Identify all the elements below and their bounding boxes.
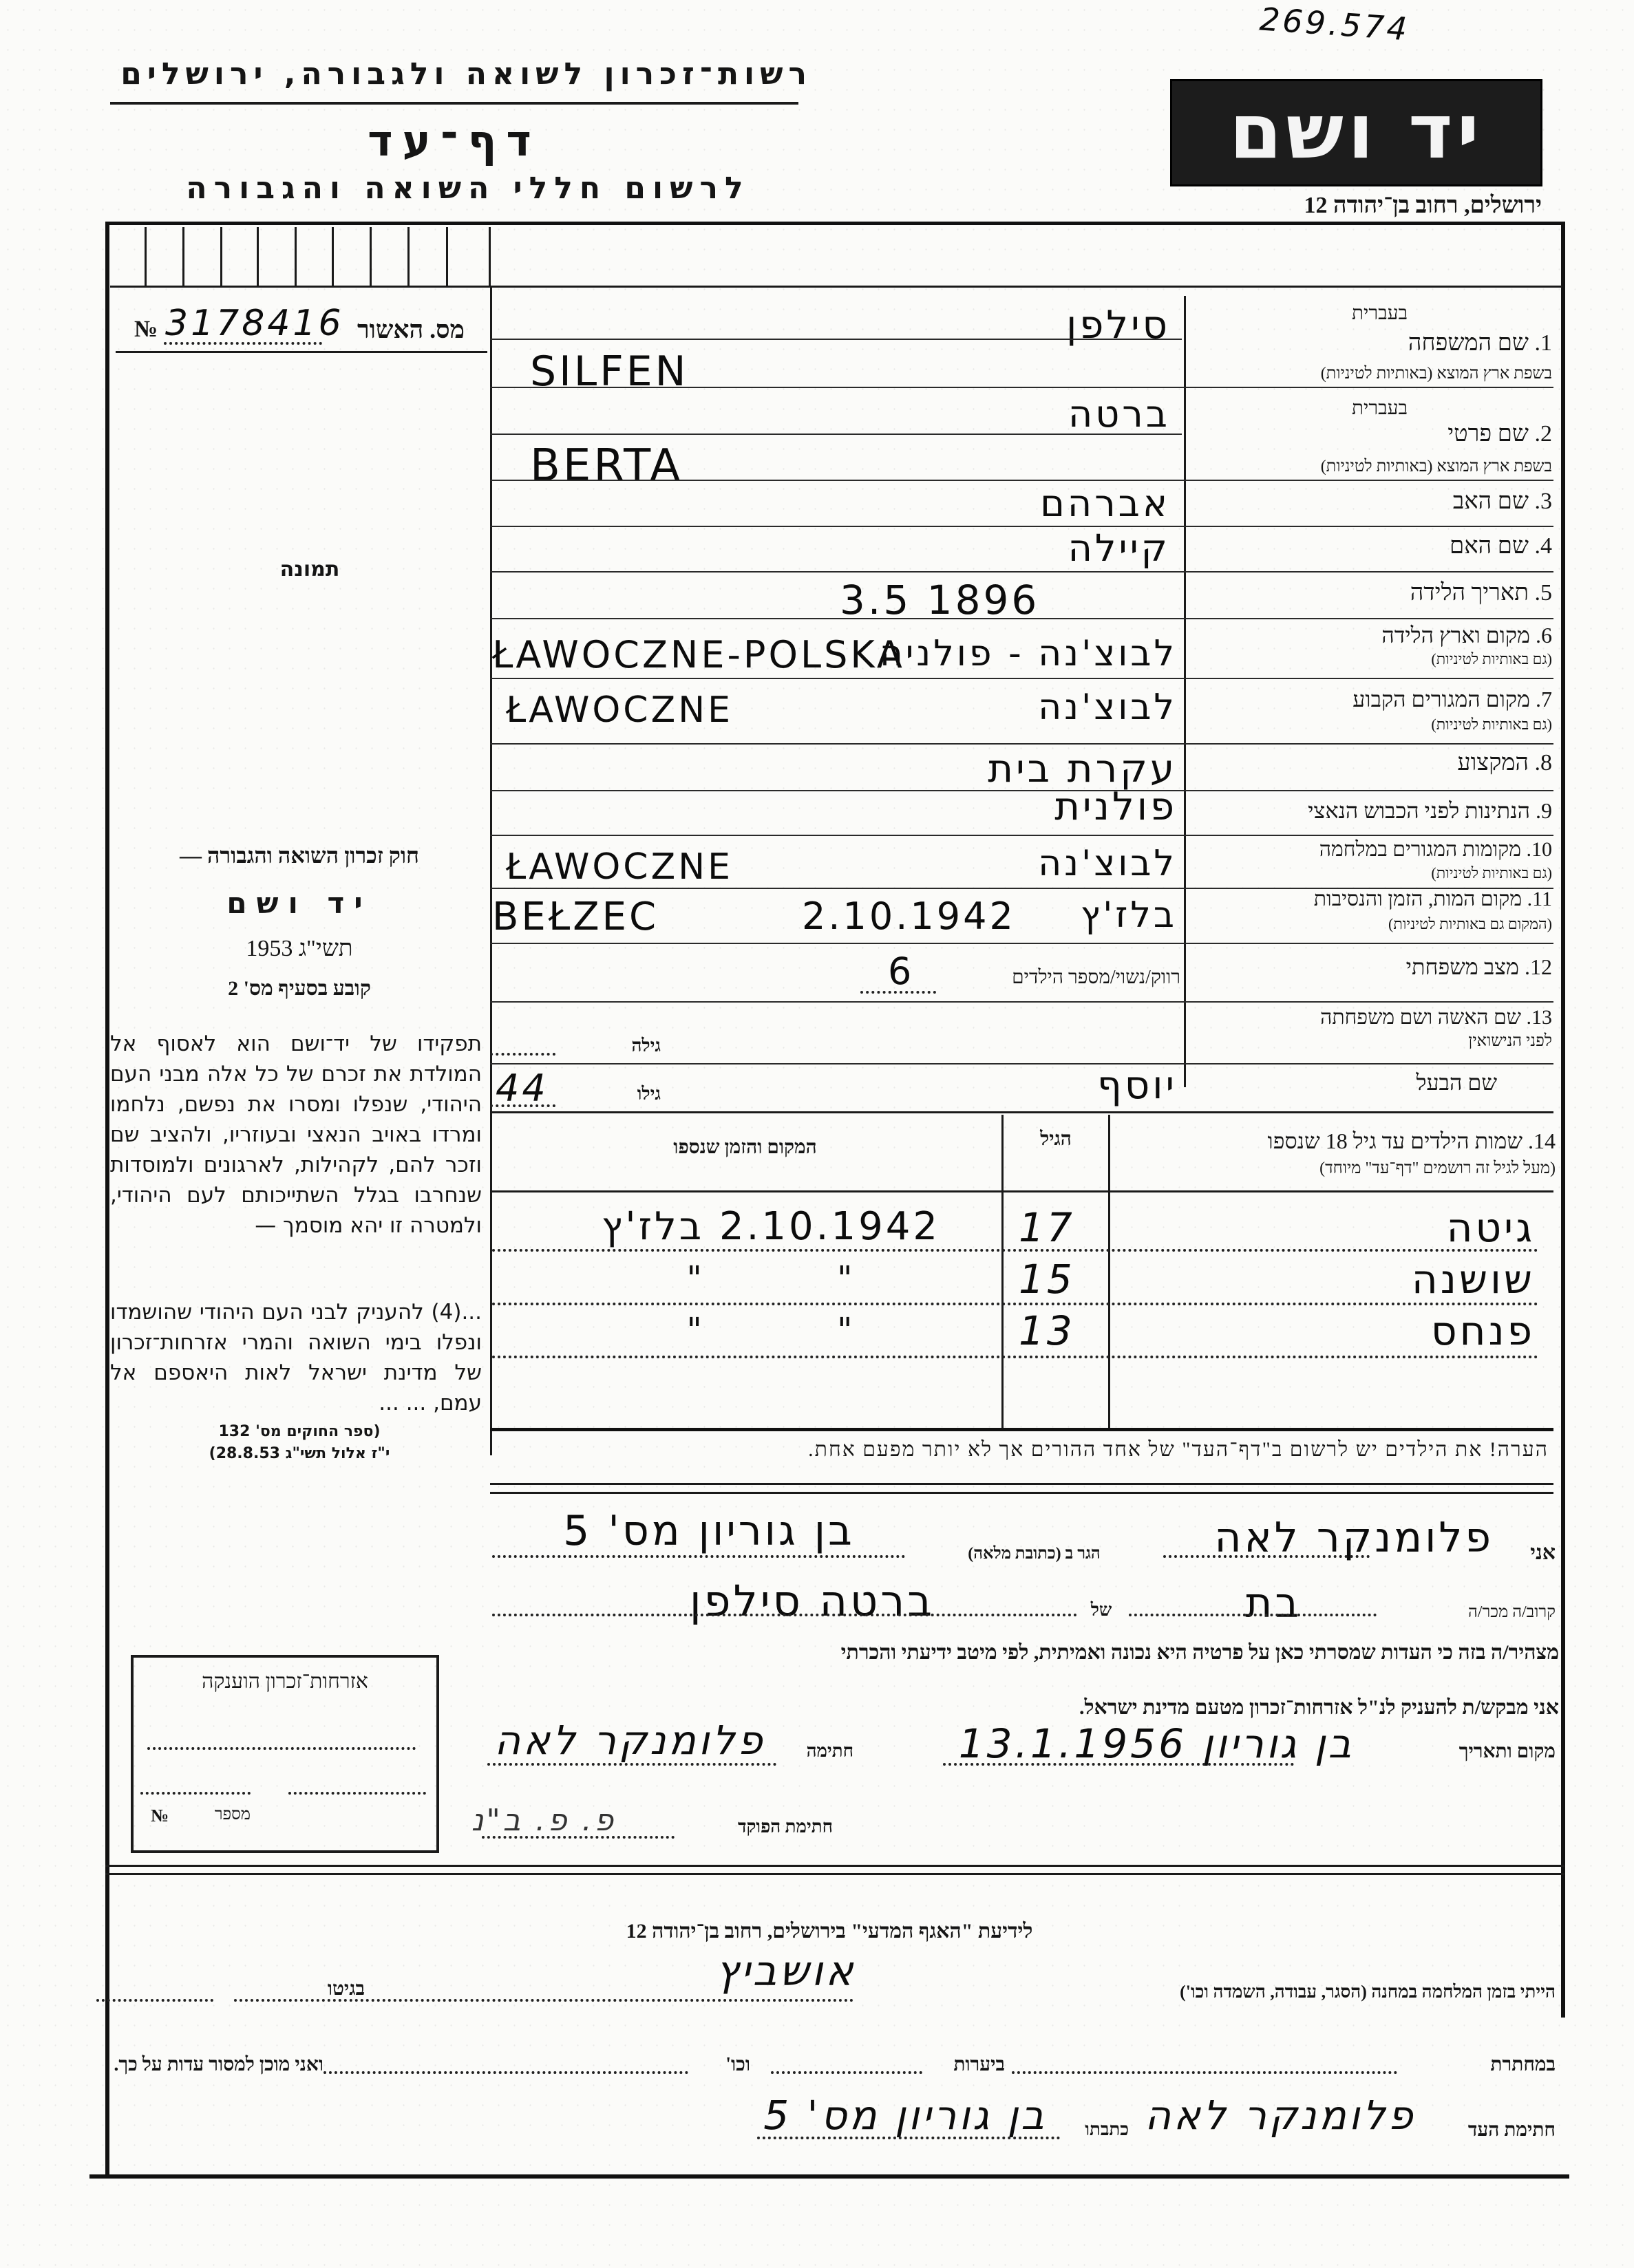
- citizenship-number-label: מספר: [189, 1806, 251, 1824]
- field-11-sub: (המקום גם באותיות לטיניות): [1194, 915, 1552, 933]
- law-year: תשי"ג 1953: [110, 936, 489, 962]
- witness-address: בן גוריון מס' 5: [509, 1507, 909, 1555]
- col-header-age: הגיל: [1005, 1128, 1107, 1151]
- archive-number: 269.574: [1258, 0, 1410, 47]
- etc-label: וכו': [695, 2054, 750, 2076]
- law-section: קובע בסעיף מס' 2: [110, 977, 489, 1001]
- field-6-label: 6. מקום וארץ הלידה: [1194, 623, 1552, 648]
- nationality: פולנית: [826, 784, 1177, 829]
- wartime-residence-hebrew: לבוצ'נה: [895, 843, 1177, 884]
- deceased-name: ברטה סילפן: [551, 1576, 1074, 1626]
- husband-name-label: שם הבעל: [1194, 1070, 1497, 1095]
- code-boxes-bottom: [110, 286, 1562, 288]
- officer-signature: פ. פ. ב"נ: [413, 1803, 675, 1838]
- field-7-sub: (גם באותיות לטיניות): [1194, 716, 1552, 734]
- husband-age-label: גילו: [564, 1084, 661, 1104]
- residence-hebrew: לבוצ'נה: [895, 687, 1177, 728]
- citizenship-request: אני מבקש/ת להעניק לנ"ל אזרחות־זכרון מטעם…: [778, 1696, 1559, 1720]
- relation-label: קרוב/ה מכר/ה: [1439, 1603, 1556, 1622]
- field-9-label: 9. הנתינות לפני הכבוש הנאצי: [1194, 798, 1552, 824]
- given-name-hebrew: ברטה: [895, 392, 1170, 436]
- left-column-divider: [490, 286, 492, 1455]
- approval-label: מס. האשור: [323, 315, 465, 344]
- declaration-i: אני: [1500, 1541, 1556, 1565]
- forest-label: ביערות: [929, 2054, 1005, 2076]
- no-sign: №: [134, 317, 158, 343]
- hiding-label: במחתרת: [1418, 2054, 1556, 2076]
- birthplace-hebrew: לבוצ'נה - פולניה: [826, 633, 1177, 674]
- child-age: 15: [1019, 1256, 1075, 1303]
- ghetto-label: בגיטו: [227, 1978, 365, 2000]
- law-ref-2: י"ז אלול תשי"ג 28.8.53): [110, 1445, 489, 1462]
- field-4-label: 4. שם האם: [1194, 533, 1552, 559]
- field-11-label: 11. מקום המות, הזמן והנסיבות: [1194, 888, 1552, 911]
- birth-date: 3.5 1896: [840, 577, 1039, 623]
- children-count: 6: [888, 950, 914, 993]
- witness-signature: פלומנקר לאה: [482, 1717, 778, 1764]
- citizenship-box: אזרחות־זכרון הוענקה № מספר: [131, 1655, 439, 1853]
- law-title: חוק זכרון השואה והגבורה —: [110, 843, 489, 868]
- child-place-time: " ": [544, 1259, 998, 1298]
- child-age: 17: [1019, 1204, 1075, 1251]
- child-name: שושנה: [1115, 1256, 1535, 1303]
- frame-top: [105, 222, 1564, 225]
- of-label: של: [1081, 1600, 1122, 1620]
- family-name-latin: SILFEN: [530, 347, 689, 396]
- place-date: בן גוריון 13.1.1956: [936, 1720, 1377, 1767]
- husband-name: יוסף: [964, 1063, 1177, 1108]
- frame-bottom: [89, 2174, 1569, 2179]
- field-8-label: 8. המקצוע: [1194, 750, 1552, 776]
- father-name: אברהם: [895, 482, 1170, 525]
- camp-value: אושביץ: [716, 1947, 856, 1996]
- header-rule: [110, 102, 798, 105]
- camp-label: הייתי בזמן המלחמה במחנה (הסגר, עבודה, הש…: [860, 1982, 1556, 2002]
- archive-witness-address: בן גוריון מס' 5: [757, 2092, 1053, 2139]
- law-paragraph-1: תפקידו של יד־ושם הוא לאסוף אל המולדת את …: [110, 1029, 482, 1241]
- citizenship-no-sign: №: [151, 1806, 169, 1826]
- children-table-title: 14. שמות הילדים עד גיל 18 שנספו: [1115, 1128, 1556, 1154]
- col-divider-age: [1001, 1115, 1004, 1428]
- child-place-time: 2.10.1942 בלז'ץ: [544, 1204, 998, 1249]
- form-subtitle: לרשום חללי השואה והגבורה: [158, 171, 778, 206]
- field-1-label: 1. שם המשפחה: [1194, 330, 1552, 356]
- wartime-residence-latin: ŁAWOCZNE: [506, 846, 733, 888]
- law-paragraph-2: ...(4) להעניק לבני העם היהודי שהושמדו ונ…: [110, 1297, 482, 1418]
- col-header-place-time: המקום והזמן שנספו: [492, 1137, 998, 1159]
- field-12-label: 12. מצב משפחתי: [1194, 954, 1552, 980]
- child-place-time: " ": [544, 1311, 998, 1349]
- field-6-sub: (גם באותיות לטיניות): [1194, 650, 1552, 668]
- frame-right: [1561, 222, 1565, 2018]
- field-7-label: 7. מקום המגורים הקבוע: [1194, 687, 1552, 712]
- photo-label: תמונה: [241, 557, 379, 581]
- mother-name: קיילה: [895, 526, 1170, 570]
- law-yad-vashem: יד ושם: [110, 886, 489, 920]
- law-ref-1: (ספר החוקים מס' 132: [110, 1423, 489, 1440]
- wife-age-label: גילה: [564, 1036, 661, 1056]
- signature-label: חתימה: [785, 1741, 853, 1762]
- child-name: גיטה: [1115, 1204, 1535, 1251]
- husband-age: 44: [496, 1067, 549, 1110]
- col-divider-names: [1108, 1115, 1110, 1428]
- field-3-label: 3. שם האב: [1194, 489, 1552, 515]
- authority-title: רשות־זכרון לשואה ולגבורה, ירושלים: [103, 56, 812, 92]
- children-table-subtitle: (מעל לגיל זה רושמים "דף־עד" מיוחד): [1115, 1159, 1556, 1178]
- witness-address-label: כתבתו: [1060, 2119, 1129, 2140]
- marital-status-options: רווק/נשוי/מספר הילדים: [943, 967, 1180, 989]
- field-1-hebrew-tag: בעברית: [1194, 303, 1408, 325]
- archive-witness-signature: פלומנקר לאה: [1129, 2092, 1432, 2139]
- field-10-sub: (גם באותיות לטיניות): [1194, 864, 1552, 882]
- logo-text: יד ושם: [1172, 87, 1540, 176]
- archive-section-title: לידיעת "האגף המדעי" בירושלים, רחוב בן־יה…: [447, 1920, 1211, 1943]
- field-5-label: 5. תאריך הלידה: [1194, 580, 1552, 606]
- field-2-label: 2. שם פרטי: [1194, 421, 1552, 447]
- field-2-hebrew-tag: בעברית: [1194, 398, 1408, 420]
- form-title: דף־עד: [310, 116, 599, 166]
- child-age: 13: [1019, 1307, 1075, 1354]
- death-place-hebrew: בלז'ץ: [1039, 895, 1177, 936]
- officer-signature-label: חתימת הפוקד: [688, 1817, 833, 1837]
- approval-number: 3178416: [165, 303, 344, 344]
- field-10-label: 10. מקומות המגורים במלחמה: [1194, 838, 1552, 862]
- family-name-hebrew: סילפן: [895, 303, 1170, 347]
- header-address: ירושלים, רחוב בן־יהודה 12: [1170, 193, 1542, 219]
- declaration-statement: מצהיר/ה בזה כי העדות שמסרתי כאן על פרטיה…: [778, 1641, 1559, 1665]
- approval-rule: [116, 351, 487, 353]
- ready-label: ואני מוכן למסור עדות על כך.: [89, 2054, 323, 2076]
- death-place-latin: BEŁZEC: [492, 895, 659, 939]
- given-name-latin: BERTA: [530, 440, 683, 491]
- relation-value: בת: [1170, 1579, 1377, 1627]
- place-date-label: מקום ותאריך: [1390, 1741, 1556, 1763]
- label-column-divider: [1184, 296, 1186, 1087]
- approval-dots: [164, 342, 322, 345]
- residence-latin: ŁAWOCZNE: [506, 689, 733, 731]
- death-date: 2.10.1942: [802, 895, 1016, 938]
- child-name: פנחס: [1115, 1307, 1535, 1354]
- frame-left: [105, 222, 109, 2176]
- field-1-sub: בשפת ארץ המוצא (באותיות לטיניות): [1194, 365, 1552, 383]
- field-2-sub: בשפת ארץ המוצא (באותיות לטיניות): [1194, 458, 1552, 476]
- citizenship-box-title: אזרחות־זכרון הוענקה: [140, 1670, 429, 1693]
- witness-sig-label: חתימת העד: [1432, 2119, 1556, 2141]
- field-13-sub: לפני הנישואין: [1194, 1032, 1552, 1051]
- address-label: הגר ב (כתובת מלאה): [912, 1545, 1156, 1563]
- children-note: הערה! את הילדים יש לרשום ב"דף־העד" של אח…: [496, 1438, 1549, 1462]
- yad-vashem-logo: יד ושם: [1170, 79, 1542, 186]
- field-13-label: 13. שם האשה ושם משפחתה: [1194, 1006, 1552, 1029]
